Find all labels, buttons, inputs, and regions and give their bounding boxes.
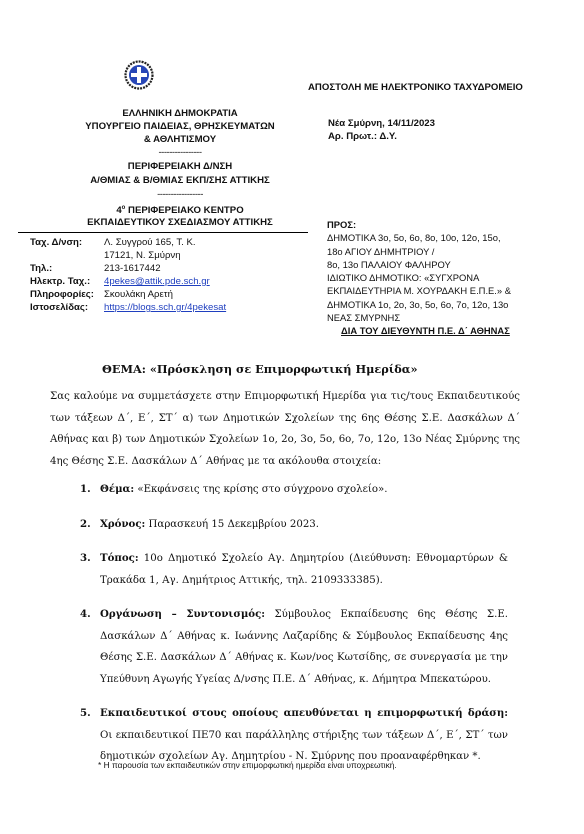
directorate-line-2: Α/ΘΜΙΑΣ & Β/ΘΜΙΑΣ ΕΚΠ/ΣΗΣ ΑΤΤΙΚΗΣ	[60, 174, 300, 187]
list-item: 3.Τόπος: 10ο Δημοτικό Σχολείο Αγ. Δημητρ…	[80, 548, 508, 591]
recipients-block: ΠΡΟΣ: ΔΗΜΟΤΙΚΑ 3ο, 5ο, 6ο, 8ο, 10ο, 12ο,…	[327, 218, 557, 338]
intro-paragraph: Σας καλούμε να συμμετάσχετε στην Επιμορφ…	[50, 386, 520, 472]
list-item: 2.Χρόνος: Παρασκευή 15 Δεκεμβρίου 2023.	[80, 514, 508, 536]
recipient-line: ΙΔΙΩΤΙΚΟ ΔΗΜΟΤΙΚΟ: «ΣΥΓΧΡΟΝΑ	[327, 271, 557, 284]
protocol-number: Αρ. Πρωτ.: Δ.Υ.	[328, 130, 435, 143]
recipients-title: ΠΡΟΣ:	[327, 218, 557, 231]
recipient-line: 18ο ΑΓΙΟΥ ΔΗΜΗΤΡΙΟΥ /	[327, 245, 557, 258]
email-delivery-note: ΑΠΟΣΤΟΛΗ ΜΕ ΗΛΕΚΤΡΟΝΙΚΟ ΤΑΧΥΔΡΟΜΕΙΟ	[308, 82, 523, 93]
place-date-block: Νέα Σμύρνη, 14/11/2023 Αρ. Πρωτ.: Δ.Υ.	[328, 117, 435, 143]
recipient-line: 8ο, 13ο ΠΑΛΑΙΟΥ ΦΑΛΗΡΟΥ	[327, 258, 557, 271]
authority-line-1: ΕΛΛΗΝΙΚΗ ΔΗΜΟΚΡΑΤΙΑ	[60, 107, 300, 120]
center-name-line-2: ΕΚΠΑΙΔΕΥΤΙΚΟΥ ΣΧΕΔΙΑΣΜΟΥ ΑΤΤΙΚΗΣ	[60, 216, 300, 229]
authority-line-3: & ΑΘΛΗΤΙΣΜΟΥ	[60, 133, 300, 146]
directorate-line-1: ΠΕΡΙΦΕΡΕΙΑΚΗ Δ/ΝΣΗ	[60, 160, 300, 173]
authority-line-2: ΥΠΟΥΡΓΕΙΟ ΠΑΙΔΕΙΑΣ, ΘΡΗΣΚΕΥΜΑΤΩΝ	[60, 120, 300, 133]
recipient-line: ΔΗΜΟΤΙΚΑ 3ο, 5ο, 6ο, 8ο, 10ο, 12ο, 15ο,	[327, 231, 557, 244]
list-item: 1.Θέμα: «Εκφάνσεις της κρίσης στο σύγχρο…	[80, 479, 508, 501]
address-line-1: Λ. Συγγρού 165, Τ. Κ.	[104, 236, 304, 249]
phone-label: Τηλ.:	[30, 262, 104, 275]
header-separator: ----------------	[60, 146, 300, 159]
place-date: Νέα Σμύρνη, 14/11/2023	[328, 117, 435, 130]
recipient-line: ΔΗΜΟΤΙΚΑ 1ο, 2ο, 3ο, 5ο, 6ο, 7ο, 12ο, 13…	[327, 298, 557, 311]
details-list: 1.Θέμα: «Εκφάνσεις της κρίσης στο σύγχρο…	[80, 479, 508, 781]
greek-coat-of-arms-icon	[124, 60, 154, 90]
footnote: * Η παρουσία των εκπαιδευτικών στην επιμ…	[98, 760, 397, 770]
list-item: 4.Οργάνωση – Συντονισμός: Σύμβουλος Εκπα…	[80, 604, 508, 690]
info-label: Πληροφορίες:	[30, 288, 104, 301]
address-label: Ταχ. Δ/νση:	[30, 236, 104, 249]
phone-value: 213-1617442	[104, 262, 304, 275]
info-value: Σκουλάκη Αρετή	[104, 288, 304, 301]
attention-line: ΔΙΑ ΤΟΥ ΔΙΕΥΘΥΝΤΗ Π.Ε. Δ΄ ΑΘΗΝΑΣ	[327, 324, 557, 337]
center-name-line-1: 4ο ΠΕΡΙΦΕΡΕΙΑΚΟ ΚΕΝΤΡΟ	[60, 202, 300, 217]
contact-details: Ταχ. Δ/νση:Λ. Συγγρού 165, Τ. Κ. 17121, …	[30, 236, 304, 314]
email-label: Ηλεκτρ. Ταχ.:	[30, 275, 104, 288]
website-link[interactable]: https://blogs.sch.gr/4pekesat	[104, 302, 226, 313]
header-separator-2: -----------------	[60, 188, 300, 201]
list-item: 5.Εκπαιδευτικοί στους οποίους απευθύνετα…	[80, 703, 508, 768]
header-divider	[18, 232, 308, 233]
website-label: Ιστοσελίδας:	[30, 301, 104, 314]
recipient-line: ΝΕΑΣ ΣΜΥΡΝΗΣ	[327, 311, 557, 324]
address-line-2: 17121, Ν. Σμύρνη	[104, 249, 304, 262]
subject-line: ΘΕΜΑ: «Πρόσκληση σε Επιμορφωτική Ημερίδα…	[102, 362, 418, 376]
email-link[interactable]: 4pekes@attik.pde.sch.gr	[104, 276, 210, 287]
recipient-line: ΕΚΠΑΙΔΕΥΤΗΡΙΑ Μ. ΧΟΥΡΔΑΚΗ Ε.Π.Ε.» &	[327, 284, 557, 297]
